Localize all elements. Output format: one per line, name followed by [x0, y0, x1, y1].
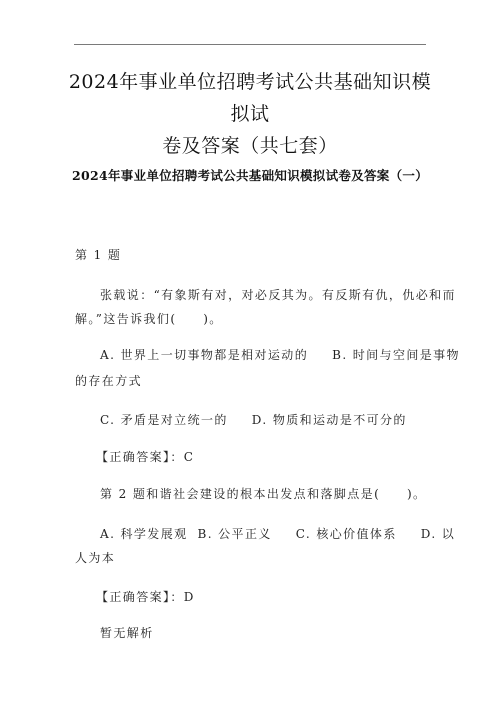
question-2-option-b: B. 公平正义: [198, 527, 272, 541]
header-rule: [74, 44, 426, 45]
question-2-options-row: A. 科学发展观B. 公平正义C. 核心价值体系D. 以: [100, 521, 425, 547]
question-2-option-d-continued: 人为本: [75, 545, 425, 571]
question-2-analysis: 暂无解析: [100, 620, 425, 646]
document-title-line-1: 2024年事业单位招聘考试公共基础知识模拟试: [60, 66, 440, 130]
question-2-answer: 【正确答案】：D: [96, 584, 446, 610]
question-1-option-d: D. 物质和运动是不可分的: [252, 413, 407, 427]
question-1-option-b-continued: 的存在方式: [75, 368, 425, 394]
question-1-options-row-1: A. 世界上一切事物都是相对运动的B. 时间与空间是事物: [100, 342, 425, 368]
question-1-label: 第 1 题: [75, 242, 425, 268]
section-title: 2024年事业单位招聘考试公共基础知识模拟试卷及答案（一）: [60, 166, 440, 184]
document-title: 2024年事业单位招聘考试公共基础知识模拟试 卷及答案（共七套）: [60, 66, 440, 162]
question-1-answer: 【正确答案】：C: [96, 444, 446, 470]
question-2-option-c: C. 核心价值体系: [296, 527, 397, 541]
question-1-stem-line-1: 张载说：“有象斯有对，对必反其为。有反斯有仇，仇必和而: [100, 282, 425, 308]
document-title-line-2: 卷及答案（共七套）: [60, 130, 440, 162]
question-1-option-c: C. 矛盾是对立统一的: [100, 413, 228, 427]
question-2-option-d: D. 以: [421, 527, 455, 541]
question-1-option-b: B. 时间与空间是事物: [332, 348, 460, 362]
question-2-stem: 第 2 题和谐社会建设的根本出发点和落脚点是( )。: [100, 481, 425, 507]
question-2-option-a: A. 科学发展观: [100, 527, 188, 541]
question-1-options-row-2: C. 矛盾是对立统一的D. 物质和运动是不可分的: [100, 407, 425, 433]
question-1-stem-line-2: 解。”这告诉我们( )。: [75, 306, 425, 332]
question-1-option-a: A. 世界上一切事物都是相对运动的: [100, 348, 308, 362]
